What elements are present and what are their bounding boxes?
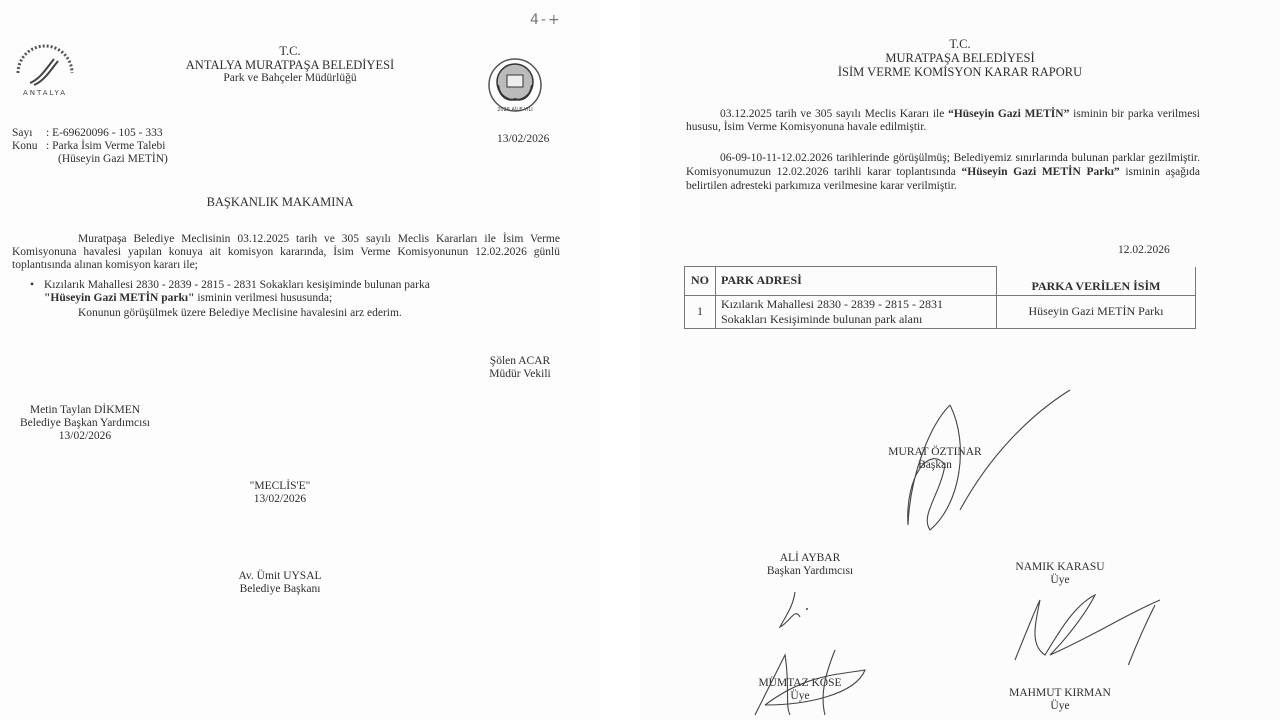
konu-value-name: (Hüseyin Gazi METİN)	[12, 153, 168, 166]
member-vice-chair-title: Başkan Yardımcısı	[740, 565, 880, 578]
council-referral-label: "MECLİS'E"	[220, 480, 340, 493]
row-address: Kızılarık Mahallesi 2830 - 2839 - 2815 -…	[716, 295, 997, 328]
bullet-rest: isminin verilmesi hususunda;	[194, 292, 332, 304]
row-address-line2: Sokakları Kesişiminde bulunan park alanı	[721, 312, 991, 327]
park-naming-table: NO PARK ADRESİ PARKA VERİLEN İSİM 1 Kızı…	[684, 266, 1196, 329]
mayor-title: Belediye Başkanı	[215, 583, 345, 596]
bullet-continuation: "Hüseyin Gazi METİN parkı" isminin veril…	[44, 292, 584, 305]
report-date: 12.02.2026	[1118, 244, 1170, 257]
report-header: T.C. MURATPAŞA BELEDİYESİ İSİM VERME KOM…	[810, 37, 1110, 79]
body-paragraph: Muratpaşa Belediye Meclisinin 03.12.2025…	[12, 233, 560, 272]
konu-label: Konu	[12, 140, 46, 153]
member-chair-name: MURAT ÖZTINAR	[870, 446, 1000, 459]
closing-sentence: Konunun görüşülmek üzere Belediye Meclis…	[78, 307, 578, 320]
handwritten-note: 4-+	[530, 12, 562, 28]
member-karasu-name: NAMIK KARASU	[995, 561, 1125, 574]
signer-deputy-mayor-name: Metin Taylan DİKMEN	[5, 404, 165, 417]
right-document-page: T.C. MURATPAŞA BELEDİYESİ İSİM VERME KOM…	[640, 0, 1280, 720]
mayor-name: Av. Ümit UYSAL	[215, 570, 345, 583]
member-kirman-name: MAHMUT KIRMAN	[990, 687, 1130, 700]
member-vice-chair: ALİ AYBAR Başkan Yardımcısı	[740, 552, 880, 578]
member-kose-title: Üye	[740, 690, 860, 703]
member-karasu-title: Üye	[995, 574, 1125, 587]
report-title: İSİM VERME KOMİSYON KARAR RAPORU	[810, 65, 1110, 79]
sayi-label: Sayı	[12, 127, 46, 140]
letterhead: T.C. ANTALYA MURATPAŞA BELEDİYESİ Park v…	[160, 44, 420, 85]
sayi-value: : E-69620096 - 105 - 333	[46, 127, 163, 139]
reference-block: Sayı: E-69620096 - 105 - 333 Konu: Parka…	[12, 127, 168, 166]
signature-karasu-icon	[1005, 585, 1165, 665]
signer-director: Şölen ACAR Müdür Vekili	[470, 355, 570, 381]
row-address-line1: Kızılarık Mahallesi 2830 - 2839 - 2815 -…	[721, 297, 991, 312]
table-row: 1 Kızılarık Mahallesi 2830 - 2839 - 2815…	[685, 295, 1196, 328]
signer-deputy-mayor: Metin Taylan DİKMEN Belediye Başkan Yard…	[5, 404, 165, 443]
left-document-page: 4-+ ANTALYA T.C. ANTALYA MURATPAŞA BELED…	[0, 0, 600, 720]
member-karasu: NAMIK KARASU Üye	[995, 561, 1125, 587]
bullet-text: Kızılarık Mahallesi 2830 - 2839 - 2815 -…	[44, 279, 430, 291]
svg-text:ANTALYA: ANTALYA	[23, 89, 67, 97]
table-header-row: NO PARK ADRESİ PARKA VERİLEN İSİM	[685, 267, 1196, 296]
member-chair: MURAT ÖZTINAR Başkan	[870, 446, 1000, 472]
letterhead-department: Park ve Bahçeler Müdürlüğü	[160, 72, 420, 85]
member-kose: MÜMTAZ KÖSE Üye	[740, 677, 860, 703]
member-vice-chair-name: ALİ AYBAR	[740, 552, 880, 565]
header-park-address: PARK ADRESİ	[716, 267, 997, 296]
para2-bold-name: “Hüseyin Gazi METİN Parkı”	[962, 166, 1120, 178]
addressee: BAŞKANLIK MAKAMINA	[150, 195, 410, 209]
para1-bold-name: “Hüseyin Gazi METİN”	[948, 108, 1069, 120]
muratpasa-logo-icon: ANTALYA	[10, 35, 80, 97]
header-no: NO	[685, 267, 716, 296]
signer-deputy-mayor-date: 13/02/2026	[5, 430, 165, 443]
konu-value: : Parka İsim Verme Talebi	[46, 140, 166, 152]
row-no: 1	[685, 295, 716, 328]
park-name-bold: "Hüseyin Gazi METİN parkı"	[44, 292, 194, 304]
member-kose-name: MÜMTAZ KÖSE	[740, 677, 860, 690]
signer-deputy-mayor-title: Belediye Başkan Yardımcısı	[5, 417, 165, 430]
signer-director-name: Şölen ACAR	[470, 355, 570, 368]
member-kirman-title: Üye	[990, 700, 1130, 713]
bullet-item: •Kızılarık Mahallesi 2830 - 2839 - 2815 …	[30, 279, 570, 292]
document-date: 13/02/2026	[497, 133, 549, 146]
report-header-tc: T.C.	[810, 37, 1110, 51]
member-chair-title: Başkan	[870, 459, 1000, 472]
header-given-name: PARKA VERİLEN İSİM	[997, 267, 1196, 296]
mayor-signature-block: Av. Ümit UYSAL Belediye Başkanı	[215, 570, 345, 596]
signature-vice-chair-icon	[775, 587, 815, 637]
council-referral-date: 13/02/2026	[220, 493, 340, 506]
svg-text:2026 AİLE YILI: 2026 AİLE YILI	[497, 106, 533, 113]
report-paragraph-1: 03.12.2025 tarih ve 305 sayılı Meclis Ka…	[686, 108, 1200, 134]
council-referral: "MECLİS'E" 13/02/2026	[220, 480, 340, 506]
letterhead-tc: T.C.	[160, 44, 420, 58]
letterhead-municipality: ANTALYA MURATPAŞA BELEDİYESİ	[160, 58, 420, 72]
report-header-municipality: MURATPAŞA BELEDİYESİ	[810, 51, 1110, 65]
member-kirman: MAHMUT KIRMAN Üye	[990, 687, 1130, 713]
report-paragraph-2: 06-09-10-11-12.02.2026 tarihlerinde görü…	[686, 151, 1200, 193]
row-given-name: Hüseyin Gazi METİN Parkı	[997, 295, 1196, 328]
para1-text: 03.12.2025 tarih ve 305 sayılı Meclis Ka…	[720, 108, 948, 120]
signer-director-title: Müdür Vekili	[470, 368, 570, 381]
family-year-seal-icon: 2026 AİLE YILI	[480, 55, 550, 115]
